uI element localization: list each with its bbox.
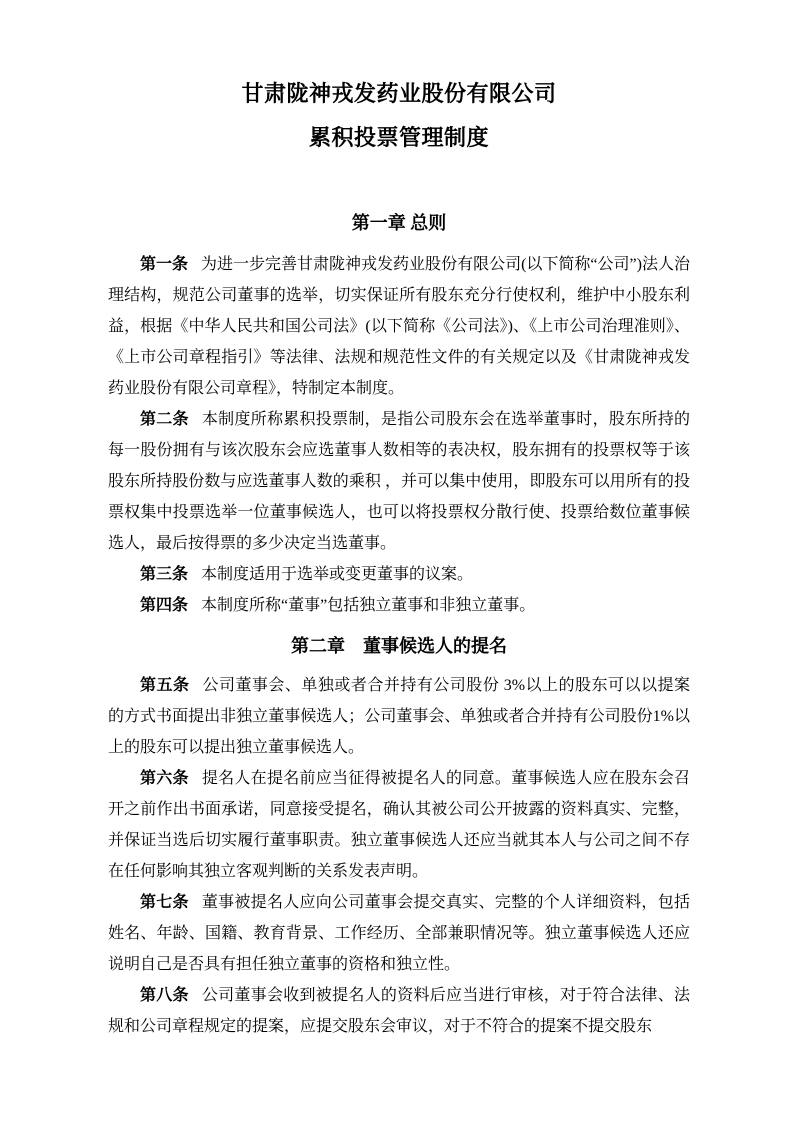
- article-8-number: 第八条: [140, 987, 189, 1004]
- article-2-number: 第二条: [140, 411, 189, 428]
- article-6-number: 第六条: [140, 770, 189, 787]
- article-4: 第四条本制度所称“董事”包括独立董事和非独立董事。: [108, 590, 690, 621]
- chapter-2-heading: 第二章 董事候选人的提名: [108, 635, 690, 658]
- article-5-number: 第五条: [140, 677, 189, 694]
- article-4-number: 第四条: [140, 597, 188, 614]
- article-3-text: 本制度适用于选举或变更董事的议案。: [201, 566, 473, 583]
- article-7-number: 第七条: [140, 894, 189, 911]
- article-3: 第三条本制度适用于选举或变更董事的议案。: [108, 559, 690, 590]
- article-8-text: 公司董事会收到被提名人的资料后应当进行审核，对于符合法律、法规和公司章程规定的提…: [108, 987, 690, 1035]
- article-3-number: 第三条: [140, 566, 188, 583]
- document-subtitle: 累积投票管理制度: [108, 126, 690, 150]
- chapter-1-heading: 第一章 总则: [108, 212, 690, 235]
- article-7-text: 董事被提名人应向公司董事会提交真实、完整的个人详细资料，包括姓名、年龄、国籍、教…: [108, 894, 690, 973]
- article-6-text: 提名人在提名前应当征得被提名人的同意。董事候选人应在股东会召开之前作出书面承诺，…: [108, 770, 690, 880]
- article-5-text: 公司董事会、单独或者合并持有公司股份 3%以上的股东可以以提案的方式书面提出非独…: [108, 677, 690, 756]
- article-2-text: 本制度所称累积投票制，是指公司股东会在选举董事时，股东所持的每一股份拥有与该次股…: [108, 411, 690, 552]
- article-7: 第七条董事被提名人应向公司董事会提交真实、完整的个人详细资料，包括姓名、年龄、国…: [108, 887, 690, 980]
- document-page: 甘肃陇神戎发药业股份有限公司 累积投票管理制度 第一章 总则 第一条为进一步完善…: [0, 0, 794, 1122]
- article-2: 第二条本制度所称累积投票制，是指公司股东会在选举董事时，股东所持的每一股份拥有与…: [108, 404, 690, 559]
- article-1-text: 为进一步完善甘肃陇神戎发药业股份有限公司(以下简称“公司”)法人治理结构，规范公…: [108, 256, 690, 397]
- article-6: 第六条提名人在提名前应当征得被提名人的同意。董事候选人应在股东会召开之前作出书面…: [108, 763, 690, 887]
- article-1: 第一条为进一步完善甘肃陇神戎发药业股份有限公司(以下简称“公司”)法人治理结构，…: [108, 249, 690, 404]
- article-5: 第五条公司董事会、单独或者合并持有公司股份 3%以上的股东可以以提案的方式书面提…: [108, 670, 690, 763]
- document-title: 甘肃陇神戎发药业股份有限公司: [108, 82, 690, 106]
- article-8: 第八条公司董事会收到被提名人的资料后应当进行审核，对于符合法律、法规和公司章程规…: [108, 980, 690, 1042]
- article-1-number: 第一条: [140, 256, 188, 273]
- article-4-text: 本制度所称“董事”包括独立董事和非独立董事。: [201, 597, 535, 614]
